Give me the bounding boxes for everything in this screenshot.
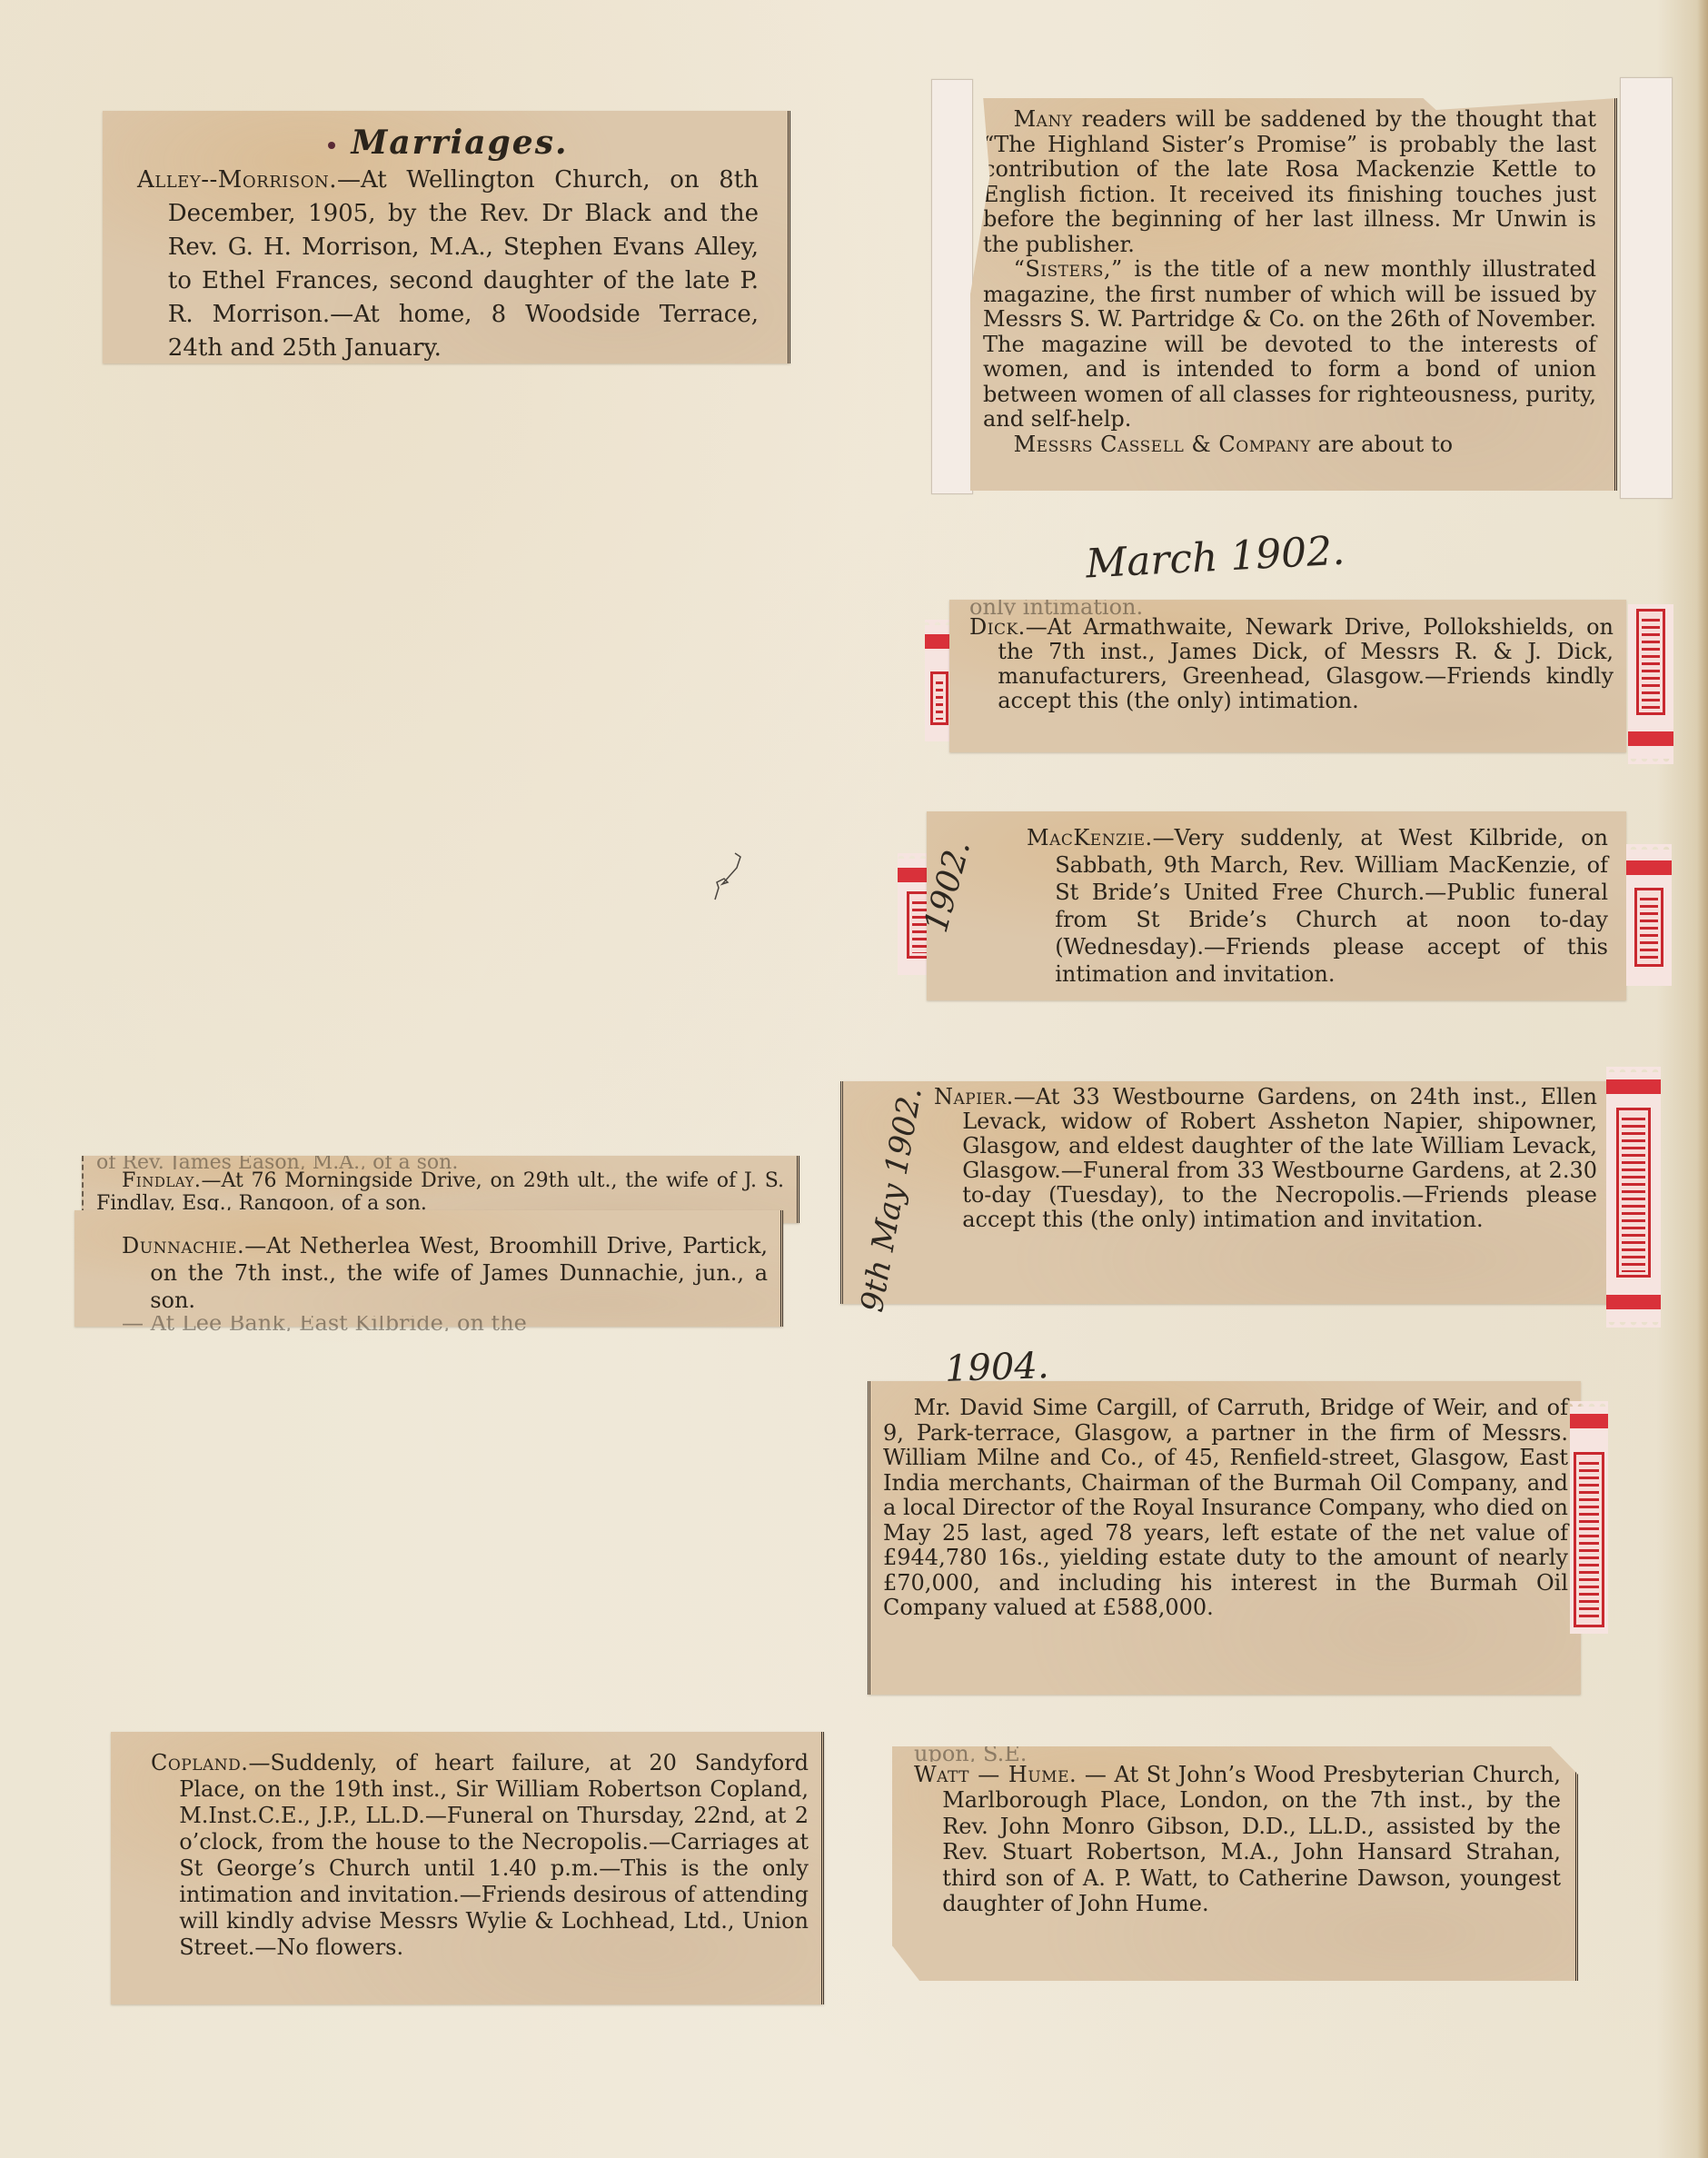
clipping-watt-hume: upon, S.E. Watt — Hume. — At St John’s W…: [892, 1746, 1578, 1981]
clipping-dick: only intimation. Dick.—At Armathwaite, N…: [949, 600, 1626, 752]
paragraph-sisters-magazine: “Sisters,” is the title of a new monthly…: [983, 257, 1596, 433]
dick-notice: Dick.—At Armathwaite, Newark Drive, Poll…: [969, 615, 1614, 713]
clipping-napier: Napier.—At 33 Westbourne Gardens, on 24t…: [840, 1081, 1608, 1304]
surname-lead: Alley--Morrison.: [137, 166, 337, 194]
clipping-marriages: Marriages. Alley--Morrison.—At Wellingto…: [103, 111, 790, 363]
fragment-above: upon, S.E.: [914, 1746, 1561, 1762]
cargill-notice: Mr. David Sime Cargill, of Carruth, Brid…: [883, 1396, 1568, 1621]
stamp-hinge-right: [1626, 850, 1672, 986]
stamp-hinge-right: [1628, 604, 1673, 759]
fragment-below: — At Lee Bank, East Kilbride, on the: [122, 1316, 768, 1331]
clipping-many-readers: Many readers will be saddened by the tho…: [970, 98, 1617, 491]
stamp-hinge-right: [1570, 1407, 1608, 1634]
dunnachie-notice: Dunnachie.—At Netherlea West, Broomhill …: [122, 1232, 768, 1314]
clipping-dunnachie: Dunnachie.—At Netherlea West, Broomhill …: [74, 1210, 783, 1327]
clipping-mackenzie: MacKenzie.—Very suddenly, at West Kilbri…: [927, 811, 1626, 1000]
watt-hume-notice: Watt — Hume. — At St John’s Wood Presbyt…: [914, 1762, 1561, 1917]
paragraph-highland-sisters: Many readers will be saddened by the tho…: [983, 107, 1596, 257]
findlay-notice: Findlay.—At 76 Morningside Drive, on 29t…: [96, 1169, 784, 1215]
marriages-notice: Alley--Morrison.—At Wellington Church, o…: [137, 164, 759, 365]
copland-notice: Copland.—Suddenly, of heart failure, at …: [151, 1750, 809, 1961]
fragment-above: only intimation.: [969, 600, 1614, 615]
pencil-mark: [713, 850, 750, 904]
clipping-cargill: Mr. David Sime Cargill, of Carruth, Brid…: [868, 1381, 1581, 1695]
marriages-heading: Marriages.: [137, 122, 759, 164]
hinge-strip-right: [1620, 77, 1673, 499]
stamp-hinge-right: [1606, 1072, 1661, 1322]
napier-notice: Napier.—At 33 Westbourne Gardens, on 24t…: [934, 1085, 1597, 1232]
page-edge-shadow: [1697, 0, 1708, 2158]
clipping-copland: Copland.—Suddenly, of heart failure, at …: [111, 1732, 824, 2004]
paragraph-cassell: Messrs Cassell & Company are about to: [983, 433, 1596, 458]
bullet-icon: [328, 142, 335, 149]
hinge-strip-left: [931, 79, 973, 494]
handwritten-date-march-1902: March 1902.: [1085, 528, 1346, 588]
fragment-above: of Rev. James Eason, M.A., of a son.: [96, 1156, 784, 1169]
mackenzie-notice: MacKenzie.—Very suddenly, at West Kilbri…: [1027, 824, 1608, 988]
